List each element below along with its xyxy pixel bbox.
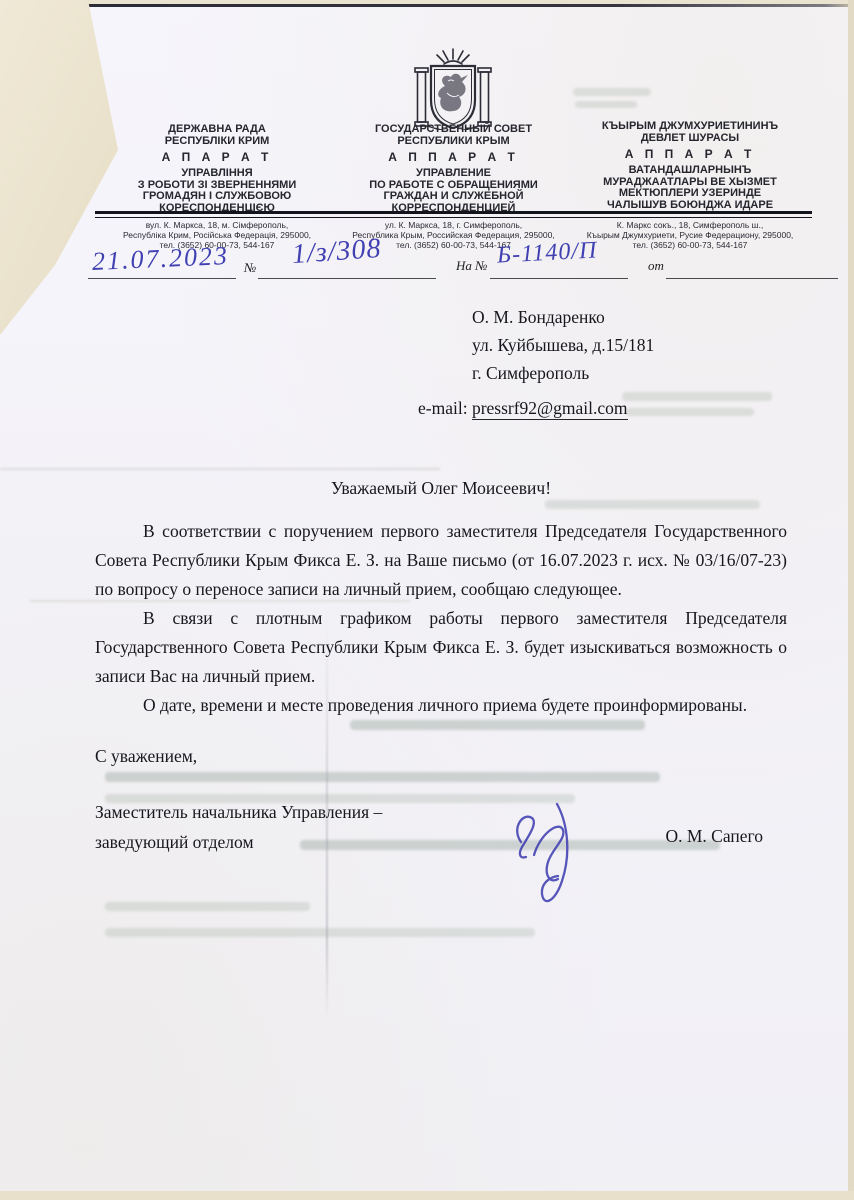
recipient-city: г. Симферополь	[472, 359, 654, 387]
outgoing-number-label: №	[244, 260, 256, 276]
letterhead-divider-rule	[95, 211, 812, 218]
signer-position-line: заведующий отделом	[95, 827, 382, 857]
closing-phrase: С уважением,	[95, 742, 787, 771]
recipient-email-line: e-mail: pressrf92@gmail.com	[418, 398, 628, 419]
org-apparat-line: А П А Р А Т	[95, 151, 339, 164]
body-paragraph: В связи с плотным графиком работы первог…	[95, 604, 787, 691]
org-dept-line: ГРАЖДАН И СЛУЖЕБНОЙ	[339, 191, 568, 203]
address-line: тел. (3652) 60-00-73, 544-167	[568, 241, 812, 251]
letterhead-column-crimean-tatar: КЪЫРЫМ ДЖУМХУРИЕТИНИНЪ ДЕВЛЕТ ШУРАСЫ А П…	[568, 121, 812, 214]
org-dept-line: ВАТАНДАШЛАРНЫНЪ	[568, 165, 812, 177]
org-name-line: ДЕРЖАВНА РАДА	[95, 124, 339, 136]
org-name-line: ГОСУДАРСТВЕННЫЙ СОВЕТ	[339, 124, 568, 136]
reply-number-label: На №	[456, 258, 487, 274]
bleed-through-line	[626, 408, 754, 416]
org-name-line: КЪЫРЫМ ДЖУМХУРИЕТИНИНЪ	[568, 121, 812, 133]
handwritten-reply-number: Б-1140/П	[496, 237, 598, 269]
address-crimean-tatar: К. Маркс сокъ., 18, Симферополь ш., Къыр…	[568, 221, 812, 250]
scanner-edge-bottom	[0, 1191, 854, 1200]
letterhead-column-ukrainian: ДЕРЖАВНА РАДА РЕСПУБЛІКИ КРИМ А П А Р А …	[95, 124, 339, 214]
reply-date-blank-line	[666, 277, 838, 279]
letterhead: ДЕРЖАВНА РАДА РЕСПУБЛІКИ КРИМ А П А Р А …	[95, 124, 812, 214]
org-dept-line: УПРАВЛІННЯ	[95, 168, 339, 180]
org-dept-line: УПРАВЛЕНИЕ	[339, 168, 568, 180]
reply-number-blank-line	[490, 277, 628, 279]
letterhead-column-russian: ГОСУДАРСТВЕННЫЙ СОВЕТ РЕСПУБЛИКИ КРЫМ А …	[339, 124, 568, 214]
org-dept-line: МЕКТЮПЛЕРИ УЗЕРИНДЕ	[568, 188, 812, 200]
org-name-line: РЕСПУБЛИКИ КРЫМ	[339, 136, 568, 148]
recipient-block: О. М. Бондаренко ул. Куйбышева, д.15/181…	[472, 303, 654, 387]
org-dept-line: ЧАЛЫШУВ БОЮНДЖА ИДАРЕ	[568, 200, 812, 212]
bleed-through-line	[573, 88, 651, 96]
body-paragraph: О дате, времени и месте проведения лично…	[95, 691, 787, 720]
page-top-shadow	[72, 4, 848, 7]
scanned-letter: ДЕРЖАВНА РАДА РЕСПУБЛІКИ КРИМ А П А Р А …	[0, 0, 854, 1200]
paper-crease	[0, 468, 440, 470]
signature-row: Заместитель начальника Управления – заве…	[95, 797, 787, 857]
org-apparat-line: А П П А Р А Т	[339, 151, 568, 164]
email-address: pressrf92@gmail.com	[472, 398, 628, 420]
email-label: e-mail:	[418, 398, 472, 418]
org-name-line: РЕСПУБЛІКИ КРИМ	[95, 136, 339, 148]
signer-position-line: Заместитель начальника Управления –	[95, 797, 382, 827]
date-blank-line	[88, 277, 236, 279]
handwritten-signature	[505, 796, 585, 912]
number-blank-line	[258, 277, 436, 279]
crimea-coat-of-arms-icon	[407, 48, 499, 130]
reply-date-label: от	[648, 258, 664, 274]
handwritten-date: 21.07.2023	[91, 241, 229, 277]
org-dept-line: ГРОМАДЯН І СЛУЖБОВОЮ	[95, 191, 339, 203]
bleed-through-line	[575, 101, 637, 108]
recipient-address: ул. Куйбышева, д.15/181	[472, 331, 654, 359]
org-name-line: ДЕВЛЕТ ШУРАСЫ	[568, 133, 812, 145]
signer-name: О. М. Сапего	[665, 822, 787, 851]
letter-body: Уважаемый Олег Моисеевич! В соответствии…	[95, 474, 787, 857]
org-apparat-line: А П П А Р А Т	[568, 148, 812, 161]
handwritten-outgoing-number: 1/з/308	[291, 233, 382, 271]
scanner-edge-right	[848, 0, 854, 1200]
recipient-name: О. М. Бондаренко	[472, 303, 654, 331]
bleed-through-line	[622, 392, 772, 401]
bleed-through-line	[105, 928, 535, 937]
bleed-through-line	[105, 902, 310, 911]
body-paragraph: В соответствии с поручением первого заме…	[95, 517, 787, 604]
salutation: Уважаемый Олег Моисеевич!	[95, 474, 787, 503]
signer-position: Заместитель начальника Управления – заве…	[95, 797, 382, 857]
